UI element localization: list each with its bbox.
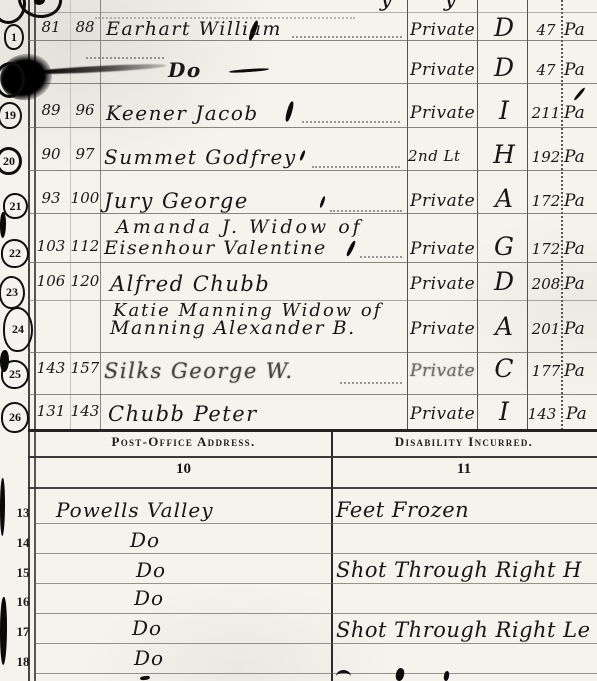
handwriting-fragment — [336, 670, 351, 681]
name-cell: Summet Godfrey — [104, 145, 297, 169]
ink-circle-fragment — [0, 0, 26, 24]
ruled-line — [36, 523, 597, 524]
regiment-cell: 211 — [528, 104, 564, 122]
entry-number: 1 — [11, 30, 17, 45]
state-cell: Pa — [564, 319, 585, 339]
grid-hline — [28, 83, 597, 84]
rank-cell: Private — [410, 20, 475, 40]
pen-stroke — [345, 240, 356, 257]
pen-stroke — [573, 87, 586, 101]
num2-cell: 100 — [68, 189, 102, 207]
ruled-line — [36, 643, 597, 644]
dotted-leader — [302, 121, 400, 123]
scanned-ledger-page: 81 88 Earhart William Private D 47 Pa Do… — [0, 0, 597, 681]
row-number: 14 — [12, 535, 34, 551]
name-cell: Eisenhour Valentine — [104, 237, 327, 259]
num1-cell: 81 — [34, 18, 68, 36]
name-cell: Manning Alexander B. — [110, 317, 356, 339]
row-number: 13 — [12, 505, 34, 521]
column-number-10: 10 — [36, 461, 331, 478]
row-number: 18 — [12, 654, 34, 670]
handwriting-fragment — [140, 675, 150, 680]
regiment-cell: 172 — [528, 240, 564, 258]
num2-cell: 88 — [68, 18, 102, 36]
widow-line: Amanda J. Widow of — [116, 216, 363, 238]
disability-incurred-header: Disability Incurred. — [331, 434, 597, 450]
num2-cell: 157 — [68, 359, 102, 377]
address-cell: Powells Valley — [56, 498, 214, 522]
company-cell: D — [481, 13, 527, 42]
pen-stroke — [299, 150, 306, 161]
rank-cell: Private — [410, 319, 475, 339]
scan-edge-artifact — [0, 212, 6, 238]
entry-number: 22 — [9, 246, 21, 261]
state-cell: Pa — [564, 103, 585, 123]
dotted-leader — [360, 256, 402, 258]
company-cell: I — [481, 96, 527, 125]
regiment-cell: 47 — [528, 61, 564, 79]
column-number-11: 11 — [331, 461, 597, 478]
grid-hline — [28, 262, 597, 263]
address-cell: Do — [134, 586, 164, 610]
grid-hline — [28, 213, 597, 214]
regiment-cell: 208 — [528, 275, 564, 293]
entry-number: 24 — [12, 322, 24, 337]
rank-cell: Private — [410, 404, 475, 424]
rank-cell: Private — [410, 239, 475, 259]
handwriting-fragment — [443, 671, 450, 681]
company-cell: G — [481, 232, 527, 261]
margin-circle: 21 — [3, 193, 28, 219]
num1-cell: 106 — [34, 272, 68, 290]
ruled-line — [36, 673, 597, 674]
ruled-line — [36, 613, 597, 614]
grid-vline-name-rank — [407, 0, 408, 430]
regiment-cell: 201 — [528, 320, 564, 338]
header-mid-rule — [28, 456, 597, 458]
margin-circle: 19 — [0, 102, 22, 129]
row-number: 15 — [12, 565, 34, 581]
num1-cell: 90 — [34, 145, 68, 163]
row-number: 17 — [12, 624, 34, 640]
name-cell: Jury George — [104, 189, 249, 213]
grid-hline — [28, 127, 597, 128]
address-cell: Do — [136, 558, 166, 582]
entry-number: 23 — [6, 285, 18, 300]
state-cell: Pa — [566, 404, 587, 424]
margin-circle: 1 — [4, 24, 24, 50]
num1-cell: 93 — [34, 189, 68, 207]
margin-circle: 20 — [0, 147, 22, 175]
num2-cell: 112 — [68, 237, 102, 255]
num2-cell: 143 — [68, 402, 102, 420]
address-cell: Do — [132, 616, 162, 640]
dotted-leader — [86, 57, 164, 59]
state-cell: Pa — [564, 361, 585, 381]
regiment-cell: 172 — [528, 192, 564, 210]
name-cell: Silks George W. — [104, 359, 294, 383]
dotted-leader — [312, 166, 400, 168]
state-cell: Pa — [564, 239, 585, 259]
disability-cell: Shot Through Right Le — [336, 618, 591, 642]
row-number: 16 — [12, 594, 34, 610]
entry-number: 25 — [9, 367, 21, 382]
regiment-cell: 47 — [528, 21, 564, 39]
num2-cell: 97 — [68, 145, 102, 163]
name-cell: Keener Jacob — [106, 101, 259, 125]
ruled-line — [36, 553, 597, 554]
pen-dash — [229, 68, 269, 74]
dotted-leader — [292, 36, 402, 38]
company-cell: D — [481, 267, 527, 296]
entry-number: 19 — [4, 108, 16, 123]
margin-circle: 26 — [1, 402, 29, 433]
regiment-cell: 177 — [528, 362, 564, 380]
handwriting-fragment: y — [380, 0, 392, 12]
state-cell: Pa — [564, 147, 585, 167]
ruled-line — [36, 583, 597, 584]
name-cell: Chubb Peter — [108, 402, 258, 426]
num1-cell: 131 — [34, 402, 68, 420]
num2-cell: 120 — [68, 272, 102, 290]
rank-cell: Private — [410, 191, 475, 211]
rank-cell: Private — [410, 60, 475, 80]
state-cell: Pa — [564, 20, 585, 40]
company-cell: H — [481, 140, 527, 169]
pen-stroke — [284, 101, 295, 123]
address-cell: Do — [134, 646, 164, 670]
disability-cell: Shot Through Right H — [336, 558, 582, 582]
name-cell: Alfred Chubb — [110, 272, 270, 296]
disability-cell: Feet Frozen — [336, 498, 469, 522]
regiment-cell: 192 — [528, 148, 564, 166]
entry-number: 20 — [3, 154, 15, 169]
dotted-leader — [330, 210, 402, 212]
rank-cell: Private — [410, 274, 475, 294]
company-cell: I — [481, 397, 527, 426]
state-cell: Pa — [564, 60, 585, 80]
margin-circle: 23 — [0, 276, 25, 309]
num1-cell: 89 — [34, 101, 68, 119]
pen-stroke — [319, 196, 326, 208]
entry-number: 26 — [9, 410, 21, 425]
grid-vline-rank-company — [477, 0, 478, 430]
rank-cell: Private — [410, 361, 475, 381]
entry-number: 21 — [10, 199, 22, 214]
header-bottom-rule — [28, 487, 597, 489]
scan-edge-artifact — [0, 478, 5, 536]
header-top-rule — [28, 429, 597, 432]
margin-circle: 22 — [1, 239, 29, 268]
handwriting-fragment — [395, 667, 406, 681]
grid-hline — [28, 352, 597, 353]
regiment-cell: 143 — [524, 405, 560, 423]
num2-cell: 96 — [68, 101, 102, 119]
rank-cell: 2nd Lt — [408, 147, 461, 165]
num1-cell: 143 — [34, 359, 68, 377]
state-cell: Pa — [564, 274, 585, 294]
company-cell: A — [481, 184, 527, 213]
dotted-leader — [340, 382, 402, 384]
handwriting-fragment: y — [444, 0, 456, 12]
scan-edge-artifact — [0, 597, 7, 665]
grid-hline — [28, 170, 597, 171]
state-cell: Pa — [564, 191, 585, 211]
address-cell: Do — [130, 528, 160, 552]
grid-hline — [28, 394, 597, 395]
margin-circle: 24 — [3, 307, 33, 352]
company-cell: C — [481, 354, 527, 383]
num1-cell: 103 — [34, 237, 68, 255]
name-cell: Do — [168, 58, 202, 82]
company-cell: D — [481, 53, 527, 82]
company-cell: A — [481, 312, 527, 341]
post-office-address-header: Post-Office Address. — [36, 434, 331, 450]
rank-cell: Private — [410, 103, 475, 123]
